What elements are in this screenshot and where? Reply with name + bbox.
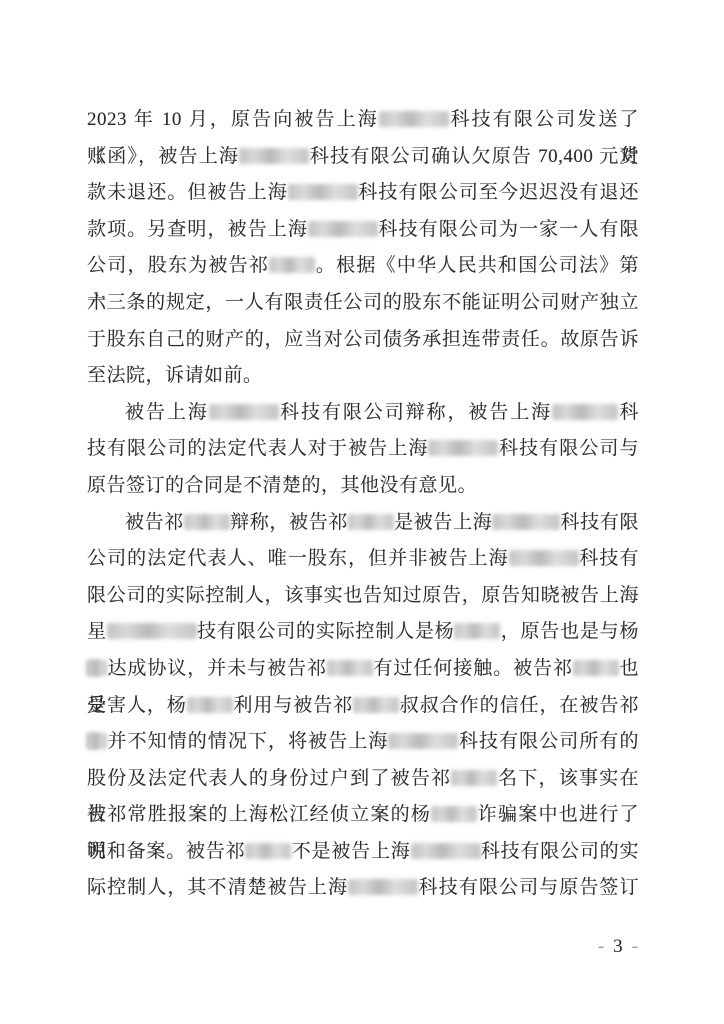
text-line: 明和备案。被告祁不是被告上海科技有限公司的实	[87, 834, 639, 871]
text-line: 于股东自己的财产的，应当对公司债务承担连带责任。故原告诉	[87, 322, 639, 359]
text-segment: 利用与被告祁	[233, 695, 353, 716]
text-line: 技有限公司的法定代表人对于被告上海科技有限公司与	[87, 431, 639, 468]
redaction-blur	[107, 623, 197, 639]
text-segment: 科技有限公司与原告签订	[418, 877, 639, 898]
text-segment: 账函》，被告上海	[87, 146, 239, 167]
text-line: 公司的法定代表人、唯一股东，但并非被告上海科技有	[87, 541, 639, 578]
text-segment: 于股东自己的财产的，应当对公司债务承担连带责任。故原告诉	[87, 329, 639, 350]
text-line: 公司，股东为被告祁。根据《中华人民共和国公司法》第六	[87, 248, 639, 285]
text-line: 达成协议，并未与被告祁有过任何接触。被告祁也是	[87, 651, 639, 688]
text-line: 十三条的规定，一人有限责任公司的股东不能证明公司财产独立	[87, 285, 639, 322]
text-segment: 十三条的规定，一人有限责任公司的股东不能证明公司财产独立	[87, 292, 639, 313]
text-segment: 不是被告上海	[291, 841, 410, 862]
text-segment: 告祁常胜报案的上海松江经侦立案的杨	[87, 804, 431, 825]
text-segment: 限公司的实际控制人，该事实也告知过原告，原告知晓被告上海	[87, 585, 639, 606]
page-number: -3-	[598, 936, 638, 958]
text-segment: 科技有限公司的实	[481, 841, 639, 862]
redaction-blur	[454, 623, 500, 639]
text-segment: 款项。另查明，被告上海	[87, 219, 308, 240]
text-segment: 是被告上海	[394, 512, 492, 533]
redaction-blur	[87, 660, 107, 676]
text-segment: 科技有限公司确认欠原告 70,400 元货	[309, 146, 639, 167]
text-segment: 有过任何接触。被告祁	[373, 658, 573, 679]
redaction-blur	[411, 843, 481, 859]
text-segment: 达成协议，并未与被告祁	[107, 658, 327, 679]
page-number-right-dash: -	[632, 936, 638, 957]
text-segment: 至法院，诉请如前。	[87, 365, 263, 386]
text-segment: 原告签订的合同是不清楚的，其他没有意见。	[87, 475, 477, 496]
text-segment: 并不知情的情况下，将被告上海	[107, 731, 388, 752]
text-segment: 科技有限公司辩称，被告上海	[279, 402, 552, 423]
redaction-blur	[348, 879, 418, 895]
text-segment: 科技有限公司至今迟迟没有退还	[358, 182, 639, 203]
redaction-blur	[451, 770, 497, 786]
redaction-blur	[431, 806, 477, 822]
redaction-blur	[308, 221, 378, 237]
text-segment: 科	[618, 402, 639, 423]
text-line: 至法院，诉请如前。	[87, 358, 639, 395]
redaction-blur	[239, 148, 309, 164]
text-line: 星技有限公司的实际控制人是杨，原告也是与杨	[87, 614, 639, 651]
redaction-blur	[353, 697, 399, 713]
text-line: 股份及法定代表人的身份过户到了被告祁名下，该事实在被	[87, 761, 639, 798]
text-line: 受害人，杨利用与被告祁叔叔合作的信任，在被告祁	[87, 688, 639, 725]
text-segment: 科技有限公司所有的	[458, 731, 639, 752]
redaction-blur	[428, 440, 498, 456]
text-segment: 被告上海	[125, 402, 209, 423]
text-segment: 科技有限公司与	[498, 438, 639, 459]
text-segment: 际控制人，其不清楚被告上海	[87, 877, 348, 898]
text-line: 款项。另查明，被告上海科技有限公司为一家一人有限	[87, 212, 639, 249]
redaction-blur	[492, 514, 560, 530]
text-segment: 公司的法定代表人、唯一股东，但并非被告上海	[87, 548, 509, 569]
text-segment: 叔叔合作的信任，在被告祁	[399, 695, 639, 716]
text-line: 原告签订的合同是不清楚的，其他没有意见。	[87, 468, 639, 505]
redaction-blur	[288, 184, 358, 200]
text-line: 被告上海科技有限公司辩称，被告上海科	[87, 395, 639, 432]
text-line: 并不知情的情况下，将被告上海科技有限公司所有的	[87, 724, 639, 761]
redaction-blur	[87, 733, 107, 749]
redaction-blur	[327, 660, 373, 676]
text-line: 账函》，被告上海科技有限公司确认欠原告 70,400 元货	[87, 139, 639, 176]
text-segment: 款未退还。但被告上海	[87, 182, 288, 203]
redaction-blur	[552, 404, 618, 420]
text-segment: 公司，股东为被告祁	[87, 255, 269, 276]
text-segment: 科技有限	[560, 512, 639, 533]
text-line: 际控制人，其不清楚被告上海科技有限公司与原告签订	[87, 870, 639, 907]
text-segment: 技有限公司的实际控制人是杨	[197, 621, 455, 642]
redaction-blur	[209, 404, 279, 420]
text-segment: 科技有限公司为一家一人有限	[378, 219, 639, 240]
redaction-blur	[269, 257, 315, 273]
page-number-value: 3	[613, 936, 623, 957]
text-segment: 被告祁	[125, 512, 184, 533]
text-line: 被告祁辩称，被告祁是被告上海科技有限	[87, 505, 639, 542]
text-segment: 辩称，被告祁	[230, 512, 348, 533]
redaction-blur	[245, 843, 291, 859]
text-segment: 技有限公司的法定代表人对于被告上海	[87, 438, 428, 459]
redaction-blur	[509, 550, 579, 566]
document-page: 2023 年 10 月，原告向被告上海科技有限公司发送了《对账函》，被告上海科技…	[0, 0, 724, 1024]
text-segment: ，原告也是与杨	[500, 621, 639, 642]
text-segment: 股份及法定代表人的身份过户到了被告祁	[87, 768, 451, 789]
redaction-blur	[348, 514, 394, 530]
redaction-blur	[379, 111, 449, 127]
text-line: 告祁常胜报案的上海松江经侦立案的杨诈骗案中也进行了说	[87, 797, 639, 834]
redaction-blur	[388, 733, 458, 749]
text-line: 2023 年 10 月，原告向被告上海科技有限公司发送了《对	[87, 102, 639, 139]
legal-text-block: 2023 年 10 月，原告向被告上海科技有限公司发送了《对账函》，被告上海科技…	[87, 102, 639, 907]
text-segment: 2023 年 10 月，原告向被告上海	[87, 109, 379, 130]
page-number-left-dash: -	[598, 936, 604, 957]
text-line: 款未退还。但被告上海科技有限公司至今迟迟没有退还	[87, 175, 639, 212]
redaction-blur	[573, 660, 619, 676]
text-line: 限公司的实际控制人，该事实也告知过原告，原告知晓被告上海	[87, 578, 639, 615]
redaction-blur	[184, 514, 230, 530]
text-segment: 星	[87, 621, 107, 642]
redaction-blur	[187, 697, 233, 713]
text-segment: 受害人，杨	[87, 695, 187, 716]
text-segment: 科技有	[579, 548, 639, 569]
text-segment: 明和备案。被告祁	[87, 841, 245, 862]
